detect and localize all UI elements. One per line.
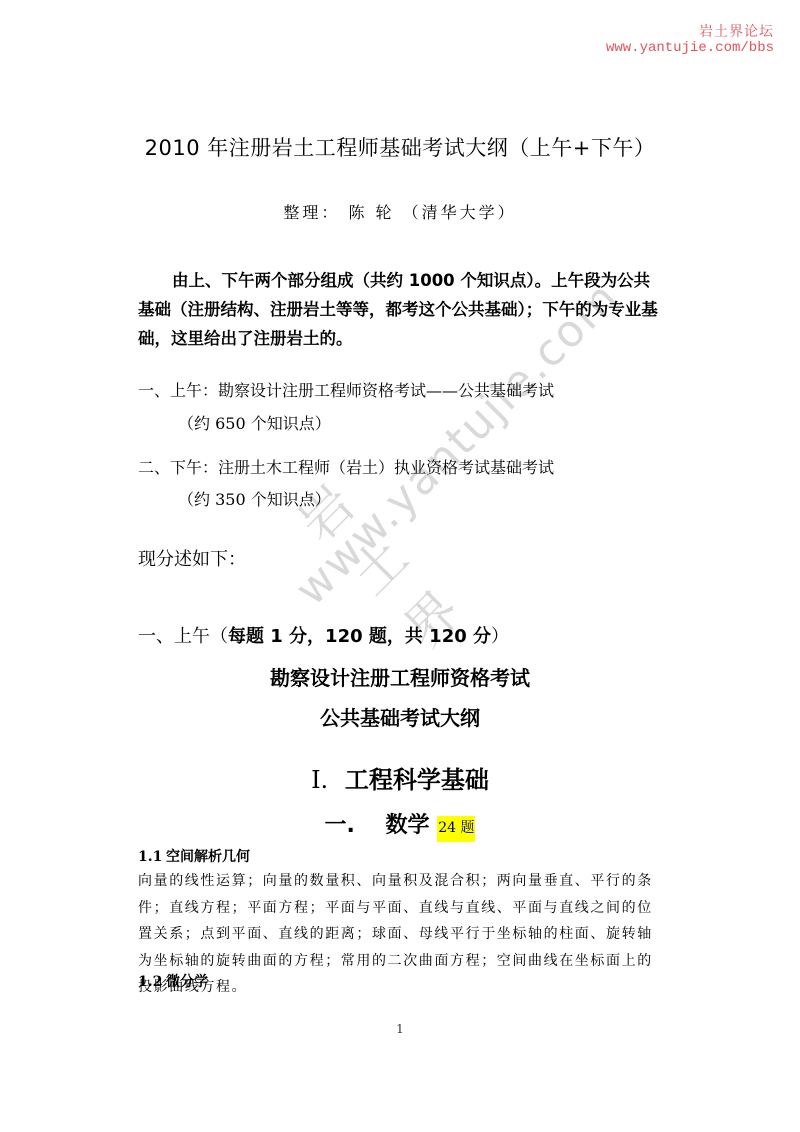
author-line: 整理： 陈 轮 （清华大学） — [0, 200, 800, 223]
question-count-badge: 24 题 — [437, 816, 475, 842]
exam-title-2: 公共基础考试大纲 — [0, 702, 800, 731]
subsection-1-1: 1.1空间解析几何 — [138, 846, 250, 866]
subsection-number: 1.2 — [138, 974, 166, 990]
part-afternoon-line: 二、下午：注册土木工程师（岩土）执业资格考试基础考试 — [138, 455, 554, 478]
subsection-number: 1.1 — [138, 849, 166, 865]
roman-label: 工程科学基础 — [345, 766, 489, 794]
intro-paragraph: 由上、下午两个部分组成（共约 1000 个知识点）。上午段为公共基础（注册结构、… — [138, 266, 666, 353]
section-heading-morning: 一、上午（每题 1 分，120 题，共 120 分） — [138, 622, 509, 648]
header-brand: 岩土界论坛 — [699, 21, 774, 41]
page-number: 1 — [0, 1022, 800, 1036]
exam-title-1: 勘察设计注册工程师资格考试 — [0, 662, 800, 691]
section-suffix: ） — [491, 626, 509, 647]
subsection-1-2: 1.2微分学 — [138, 971, 208, 991]
part-morning-note: （约 650 个知识点） — [178, 411, 331, 434]
math-label: 数学 — [386, 813, 430, 838]
document-title: 2010 年注册岩土工程师基础考试大纲（上午+下午） — [0, 132, 800, 162]
subsection-1-1-body: 向量的线性运算；向量的数量积、向量积及混合积；两向量垂直、平行的条件；直线方程；… — [138, 868, 666, 1001]
section-scoring: 每题 1 分，120 题，共 120 分 — [228, 626, 491, 647]
part-morning-line: 一、上午：勘察设计注册工程师资格考试——公共基础考试 — [138, 378, 554, 401]
roman-numeral: I. — [311, 766, 328, 794]
present-text: 现分述如下： — [138, 545, 246, 571]
roman-heading: I. 工程科学基础 — [0, 760, 800, 795]
header-url-link[interactable]: www.yantujie.com/bbs — [606, 40, 774, 56]
math-number: 一. — [325, 813, 355, 838]
subsection-label: 空间解析几何 — [166, 849, 250, 865]
section-prefix: 一、上午（ — [138, 626, 228, 647]
math-heading: 一. 数学 24 题 — [0, 808, 800, 839]
subsection-label: 微分学 — [166, 974, 208, 990]
part-afternoon-note: （约 350 个知识点） — [178, 487, 331, 510]
